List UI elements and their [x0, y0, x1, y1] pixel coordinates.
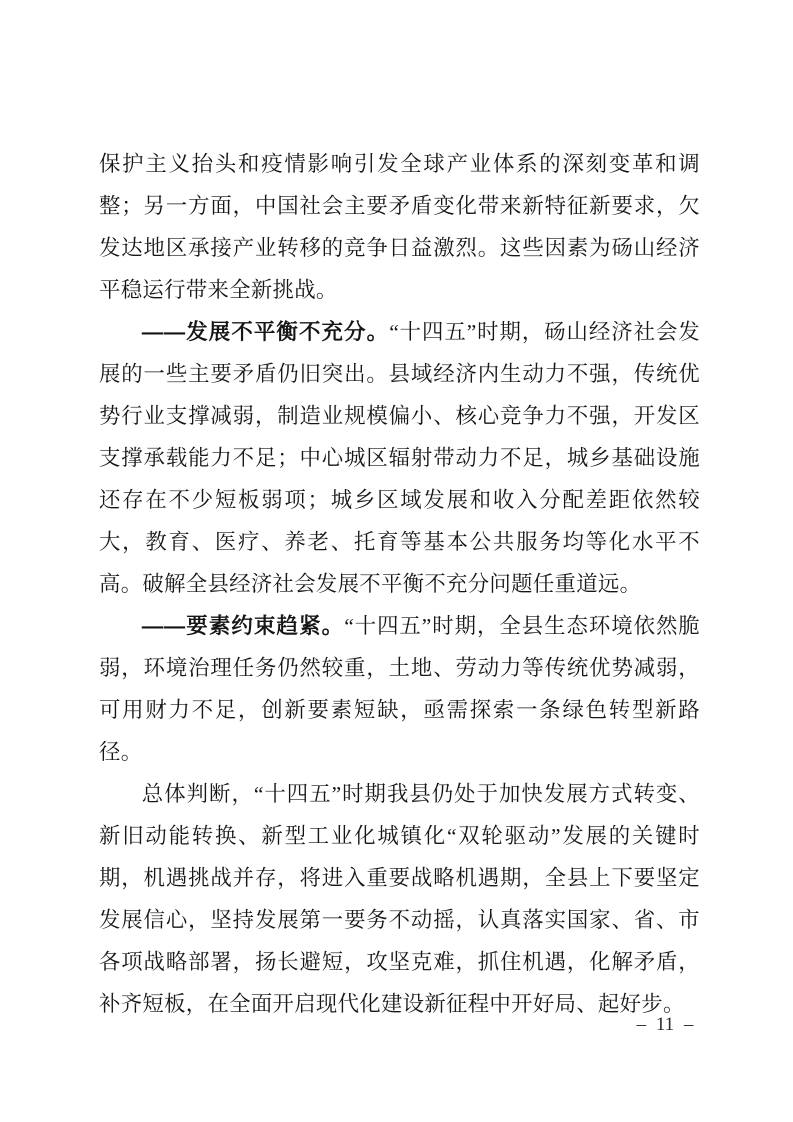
- paragraph: 总体判断，“十四五”时期我县仍处于加快发展方式转变、新旧动能转换、新型工业化城镇…: [99, 773, 700, 1025]
- document-body: 保护主义抬头和疫情影响引发全球产业体系的深刻变革和调整；另一方面，中国社会主要矛…: [99, 143, 700, 1025]
- paragraph: ——发展不平衡不充分。“十四五”时期，砀山经济社会发展的一些主要矛盾仍旧突出。县…: [99, 311, 700, 605]
- paragraph: ——要素约束趋紧。“十四五”时期，全县生态环境依然脆弱，环境治理任务仍然较重，土…: [99, 605, 700, 773]
- paragraph-lead: ——要素约束趋紧。: [142, 614, 344, 638]
- paragraph-lead: ——发展不平衡不充分。: [142, 320, 389, 344]
- document-page: 保护主义抬头和疫情影响引发全球产业体系的深刻变革和调整；另一方面，中国社会主要矛…: [0, 0, 793, 1122]
- page-number: – 11 –: [620, 1014, 710, 1036]
- paragraph: 保护主义抬头和疫情影响引发全球产业体系的深刻变革和调整；另一方面，中国社会主要矛…: [99, 143, 700, 311]
